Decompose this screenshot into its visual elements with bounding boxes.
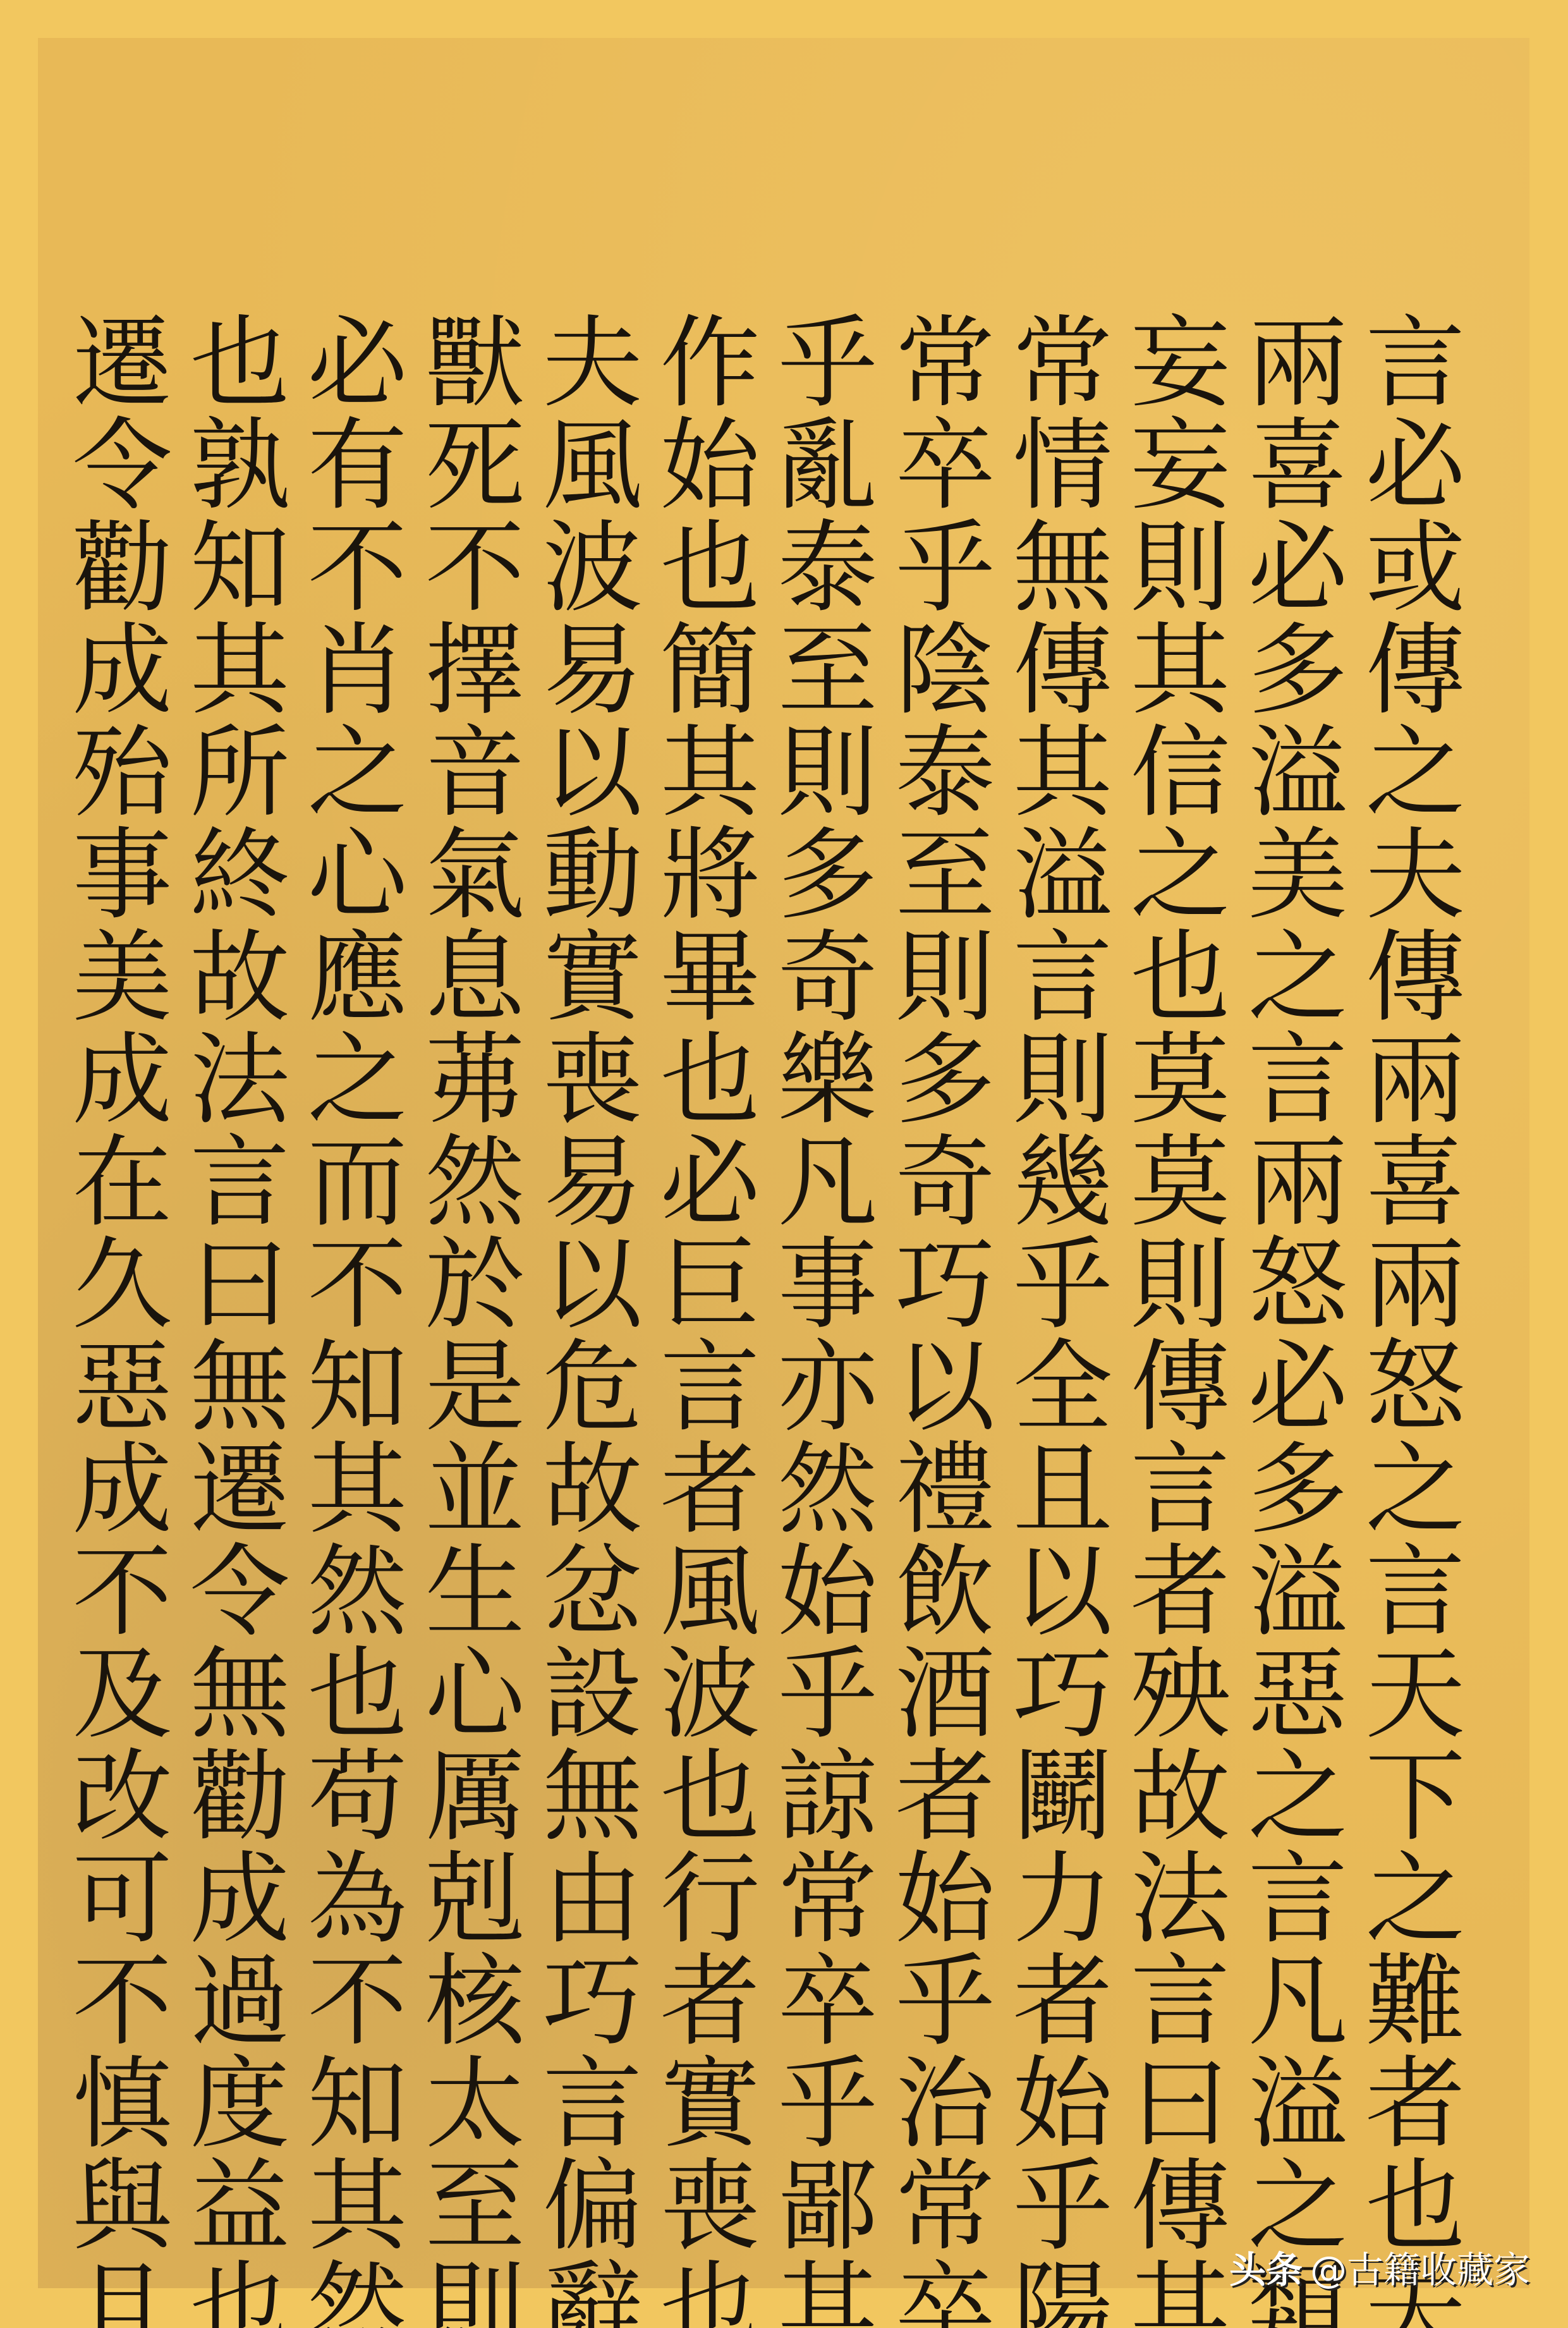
text-columns: 言必或傳之夫傳兩喜兩怒之言天下之難者也夫 兩喜必多溢美之言兩怒必多溢惡之言凡溢之… (61, 310, 1460, 2206)
text-column-2: 兩喜必多溢美之言兩怒必多溢惡之言凡溢之類 (1236, 310, 1342, 2206)
text-column-12: 遷令勸成殆事美成在久惡成不及改可不慎與且 (61, 310, 167, 2206)
text-column-4: 常情無傳其溢言則幾乎全且以巧鬭力者始乎陽 (1001, 310, 1107, 2206)
text-column-10: 必有不肖之心應之而不知其然也苟為不知其然 (296, 310, 402, 2206)
text-column-8: 夫風波易以動實喪易以危故忿設無由巧言偏辭 (531, 310, 637, 2206)
watermark-brand: 头条 (1229, 2248, 1303, 2291)
text-column-11: 也孰知其所終故法言曰無遷令無勸成過度益也 (178, 310, 284, 2206)
text-column-6: 乎亂泰至則多奇樂凡事亦然始乎諒常卒乎鄙其 (766, 310, 872, 2206)
text-column-1: 言必或傳之夫傳兩喜兩怒之言天下之難者也夫 (1354, 310, 1460, 2206)
manuscript-page: 言必或傳之夫傳兩喜兩怒之言天下之難者也夫 兩喜必多溢美之言兩怒必多溢惡之言凡溢之… (38, 38, 1529, 2288)
text-column-3: 妄妄則其信之也莫莫則傳言者殃故法言曰傳其 (1119, 310, 1225, 2206)
text-column-9: 獸死不擇音氣息茀然於是並生心厲剋核太至則 (413, 310, 520, 2206)
watermark-handle: @古籍收藏家 (1310, 2248, 1530, 2291)
text-column-5: 常卒乎陰泰至則多奇巧以禮飲酒者始乎治常卒 (884, 310, 990, 2206)
text-column-7: 作始也簡其將畢也必巨言者風波也行者實喪也 (648, 310, 755, 2206)
watermark: 头条@古籍收藏家 (1229, 2240, 1530, 2293)
